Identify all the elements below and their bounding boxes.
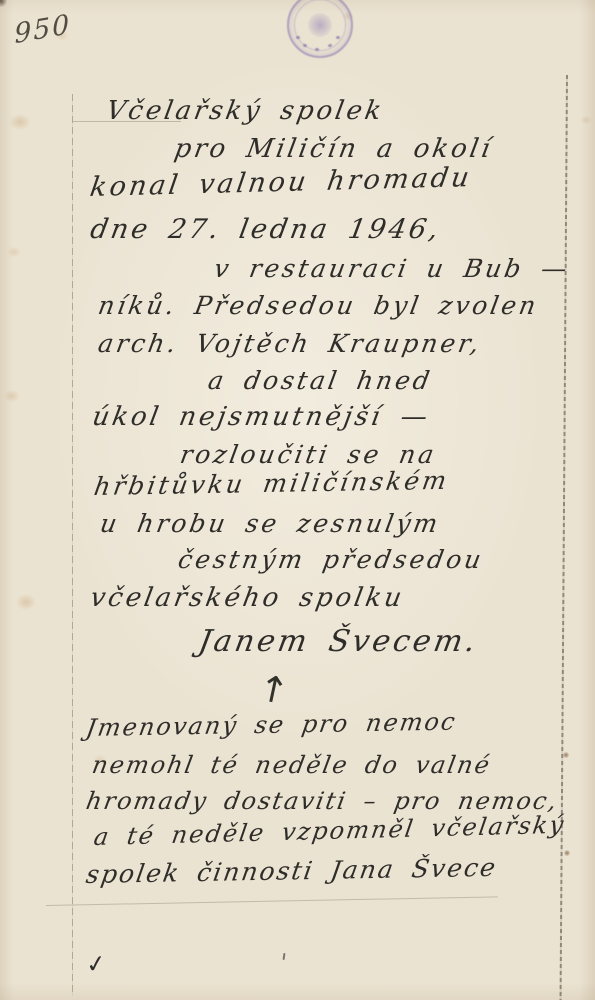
- page-binding-edge-line: [560, 75, 568, 1000]
- handwritten-line: u hrobu se zesnulým: [98, 509, 443, 538]
- handwritten-line: konal valnou hromadu: [88, 162, 474, 203]
- handwritten-line: rozloučiti se na: [178, 440, 439, 469]
- handwritten-line: Janem Švecem.: [196, 624, 481, 659]
- handwritten-line: čestným předsedou: [176, 545, 486, 574]
- handwritten-line: hromady dostaviti – pro nemoc,: [84, 787, 561, 815]
- binding-stitch-hole: [564, 850, 570, 856]
- pencil-rule-line-bottom: [46, 896, 498, 906]
- binding-stitch-hole: [563, 752, 569, 758]
- handwritten-line: a té neděle vzpomněl včelařský: [92, 811, 567, 851]
- handwritten-line: a dostal hned: [206, 366, 435, 395]
- ink-speck: [283, 953, 286, 960]
- handwritten-line: nemohl té neděle do valné: [90, 751, 493, 779]
- stamp-emblem: [308, 13, 332, 37]
- handwritten-line: v restauraci u Bub —: [212, 254, 572, 283]
- insertion-arrow-mark: ↑: [254, 667, 292, 713]
- stamp-text-trace: [296, 36, 300, 39]
- check-mark: ✓: [84, 949, 108, 980]
- pencil-margin-line-left: [72, 94, 73, 996]
- handwritten-line: Jmenovaný se pro nemoc: [84, 708, 459, 742]
- handwritten-line: pro Miličín a okolí: [172, 134, 495, 164]
- page-number: 950: [14, 9, 72, 50]
- handwritten-line: arch. Vojtěch Kraupner,: [96, 329, 484, 358]
- handwritten-line: Včelařský spolek: [104, 96, 386, 126]
- handwritten-line: spolek činnosti Jana Švece: [84, 853, 499, 889]
- stamp-text-trace: [336, 36, 340, 39]
- stamp-text-trace: [315, 48, 319, 51]
- circular-ink-stamp-icon: [287, 0, 353, 58]
- scanned-ledger-page: 950 Včelařský spolek pro Miličín a okolí…: [0, 0, 595, 1000]
- handwritten-line: úkol nejsmutnější —: [90, 402, 433, 432]
- handwritten-line: hřbitůvku miličínském: [92, 466, 451, 501]
- handwritten-line: dne 27. ledna 1946,: [88, 214, 443, 245]
- handwritten-line: včelařského spolku: [88, 583, 407, 613]
- handwritten-line: níků. Předsedou byl zvolen: [96, 291, 541, 320]
